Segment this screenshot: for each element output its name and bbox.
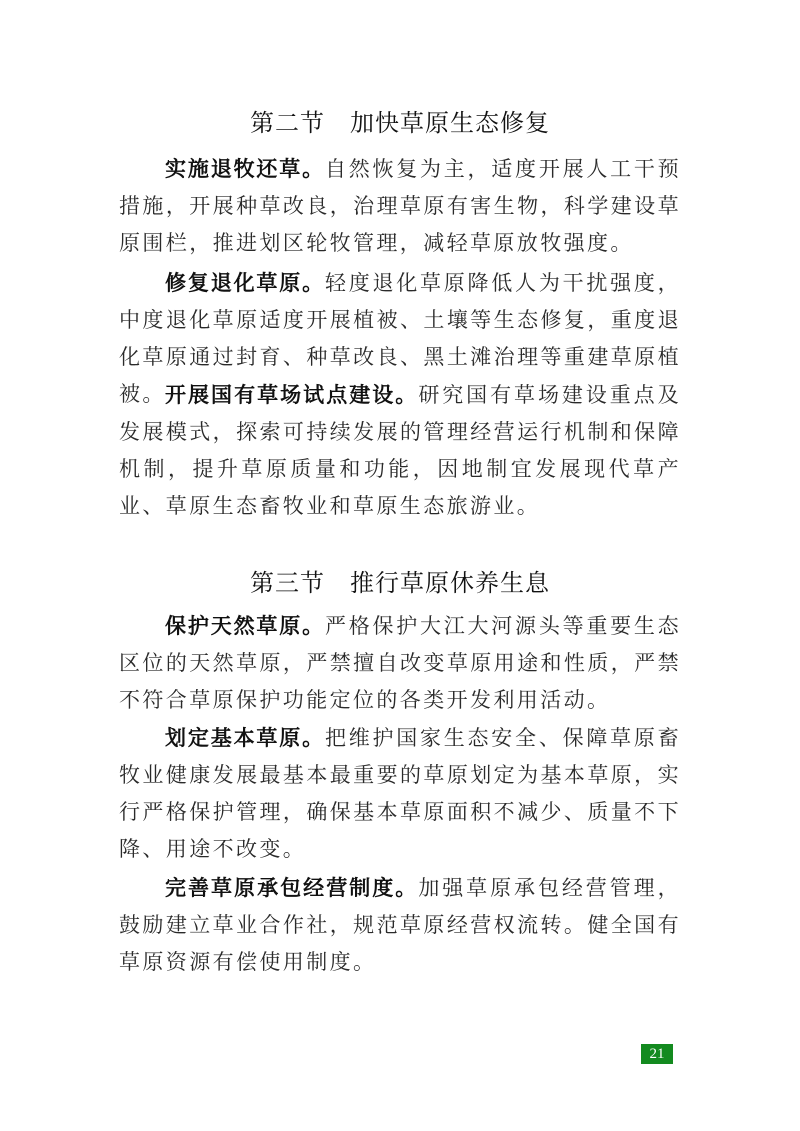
paragraph-basic-grassland: 划定基本草原。把维护国家生态安全、保障草原畜牧业健康发展最基本最重要的草原划定为… <box>119 719 681 868</box>
paragraph-contract-management: 完善草原承包经营制度。加强草原承包经营管理，鼓励建立草业合作社，规范草原经营权流… <box>119 869 681 981</box>
paragraph-lead: 开展国有草场试点建设。 <box>165 382 418 407</box>
paragraph-lead: 完善草原承包经营制度。 <box>165 875 418 900</box>
section-heading-2: 第二节 加快草原生态修复 <box>0 103 800 138</box>
paragraph-lead: 保护天然草原。 <box>165 613 325 638</box>
paragraph-lead: 修复退化草原。 <box>165 270 325 295</box>
document-page: 第二节 加快草原生态修复 实施退牧还草。自然恢复为主，适度开展人工干预措施，开展… <box>0 0 800 1131</box>
section-heading-3: 第三节 推行草原休养生息 <box>0 563 800 598</box>
paragraph-grazing-withdrawal: 实施退牧还草。自然恢复为主，适度开展人工干预措施，开展种草改良，治理草原有害生物… <box>119 150 681 262</box>
paragraph-state-ranch-pilot: 开展国有草场试点建设。研究国有草场建设重点及发展模式，探索可持续发展的管理经营运… <box>119 376 681 525</box>
paragraph-protect-natural: 保护天然草原。严格保护大江大河源头等重要生态区位的天然草原，严禁擅自改变草原用途… <box>119 607 681 719</box>
page-number-badge: 21 <box>641 1044 673 1064</box>
paragraph-lead: 实施退牧还草。 <box>165 156 325 181</box>
paragraph-lead: 划定基本草原。 <box>165 725 325 750</box>
